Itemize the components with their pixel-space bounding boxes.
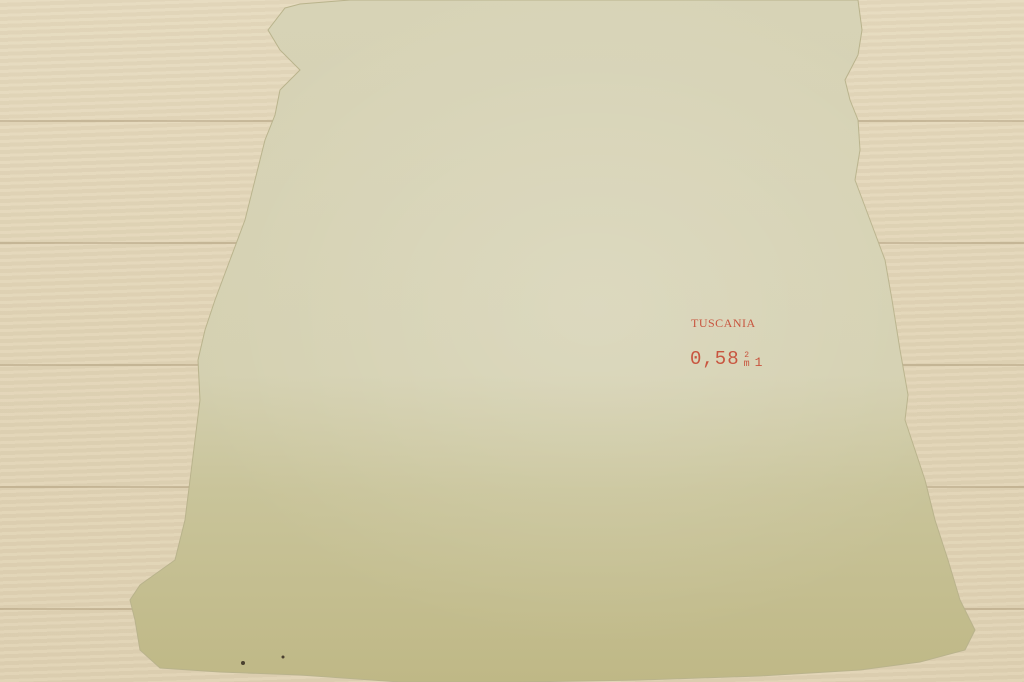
area-unit-label: m [744,360,751,370]
area-stamp: 0,58 2 m 1 [690,348,763,370]
piece-count: 1 [755,355,764,370]
photo-scene: TUSCANIA 0,58 2 m 1 [0,0,1024,682]
leather-hide [0,0,1024,682]
area-value: 0,58 [690,348,740,370]
area-unit: 2 m [744,352,751,370]
brand-stamp: TUSCANIA [691,316,756,331]
